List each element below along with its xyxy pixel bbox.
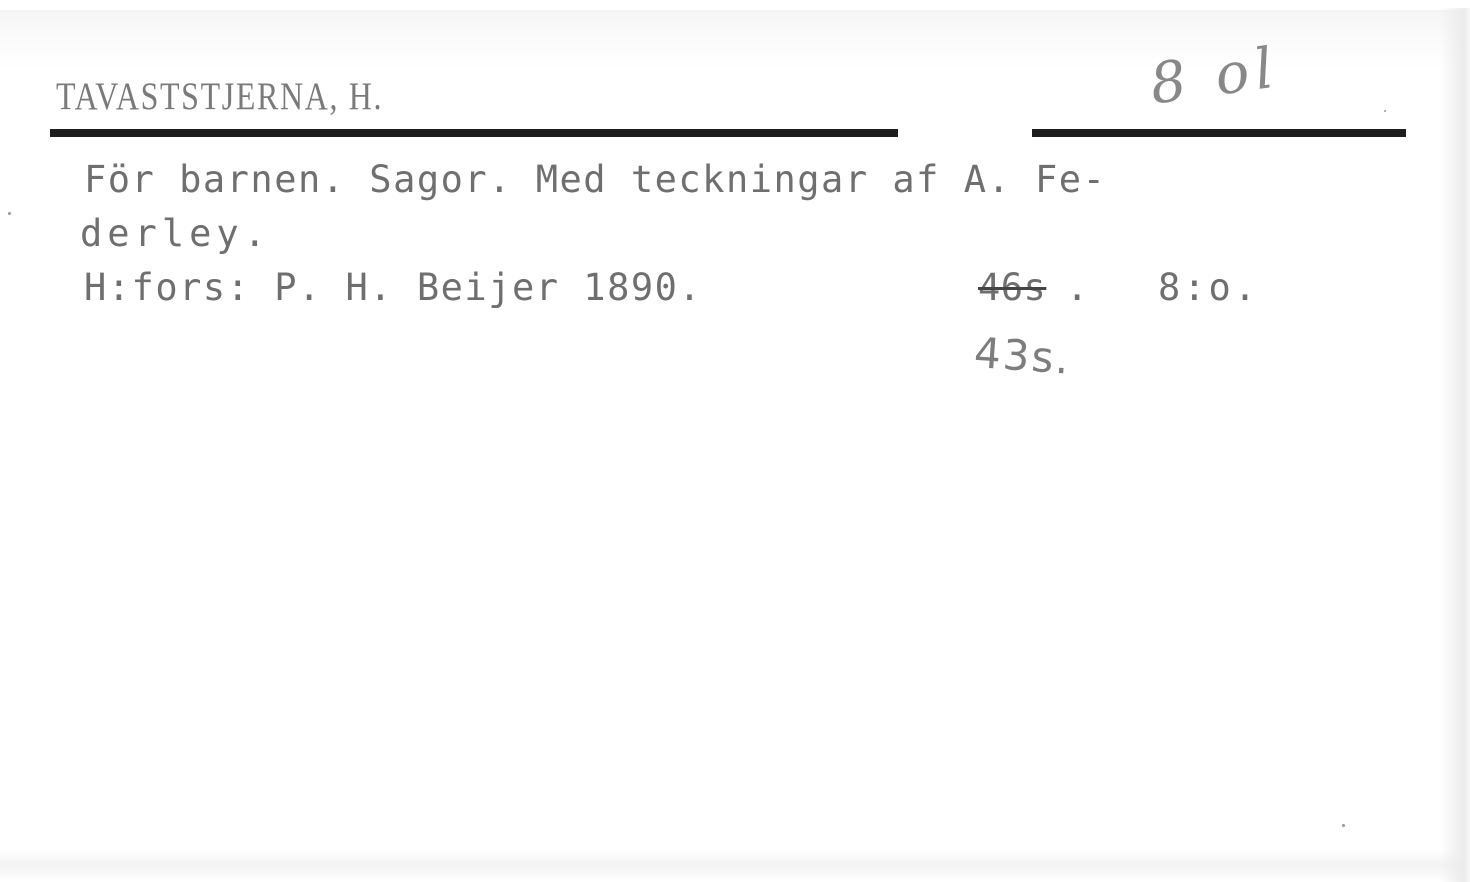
author-heading: TAVASTSTJERNA, H. (56, 74, 383, 119)
format-designation: 8:o. (1158, 266, 1259, 309)
title-line-1: För barnen. Sagor. Med teckningar af A. … (84, 158, 1106, 201)
handwritten-pages-correction: 43s. (973, 328, 1073, 384)
scan-speck (1384, 110, 1386, 112)
pages-struck-through: 46s (978, 266, 1046, 309)
scan-speck (8, 212, 11, 215)
heading-rule-left (50, 129, 898, 137)
scan-speck (1342, 824, 1345, 827)
handwritten-call-number: 8 ol (1146, 35, 1283, 117)
title-line-2: derley. (80, 212, 271, 255)
pages-period: . (1066, 266, 1089, 309)
heading-rule-right (1032, 129, 1406, 137)
catalog-card: TAVASTSTJERNA, H. 8 ol För barnen. Sagor… (0, 0, 1470, 882)
imprint-line: H:fors: P. H. Beijer 1890. (84, 266, 702, 309)
